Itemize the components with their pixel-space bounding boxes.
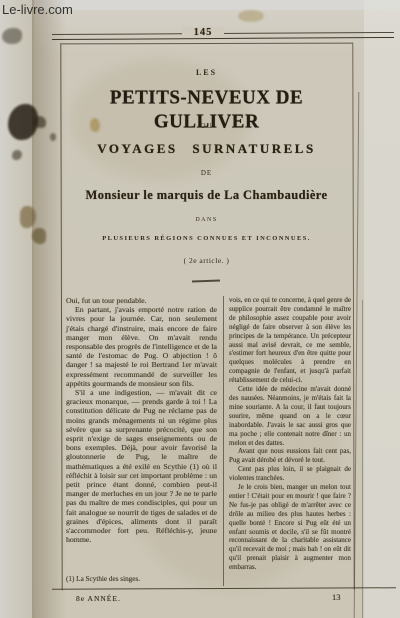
page-edge-line	[362, 300, 363, 618]
body-paragraph: Je le crois bien, manger un melon tout e…	[229, 483, 351, 572]
foxing-spot	[32, 228, 46, 244]
column-divider-rule	[223, 296, 224, 586]
masthead-connector-dans: DANS	[61, 217, 352, 223]
page-edge-highlight	[364, 0, 400, 618]
masthead-subtitle: VOYAGES SURNATURELS	[61, 141, 352, 157]
foxing-spot	[2, 28, 22, 44]
book-spine-margin	[0, 0, 34, 618]
footnote: (1) La Scythie des singes.	[66, 575, 216, 583]
page-number: 145	[182, 27, 224, 38]
body-column-left: Oui, fut un tour pendable. En partant, j…	[66, 296, 217, 544]
body-column-right: vois, en ce qui te concerne, à quel genr…	[229, 296, 351, 572]
masthead-pretitle: LES	[61, 68, 352, 77]
masthead-connector-ou: OU	[61, 122, 352, 130]
foxing-spot	[238, 10, 264, 22]
body-paragraph: En partant, j'avais emporté notre ration…	[66, 305, 217, 388]
body-paragraph: Cette idée de médecine m'avait donné des…	[229, 385, 351, 447]
article-number-note: ( 2e article. )	[61, 256, 352, 265]
scanned-page: Le-livre.com 145 LES PETITS-NEVEUX DE GU…	[0, 0, 400, 618]
masthead-author: Monsieur le marquis de La Chambaudière	[61, 188, 352, 203]
body-paragraph: vois, en ce qui te concerne, à quel genr…	[229, 296, 351, 385]
body-paragraph: S'il a une indigestion, — m'avait dit ce…	[66, 388, 217, 544]
body-paragraph: Cent pas plus loin, il se plaignait de v…	[229, 465, 351, 483]
footer-year-label: 8e ANNÉE.	[76, 594, 121, 603]
foxing-spot	[50, 133, 56, 141]
footer-signature-number: 13	[332, 592, 341, 602]
masthead-connector-de: DE	[61, 169, 352, 177]
body-paragraph: Avant que nous eussions fait cent pas, P…	[229, 447, 351, 465]
watermark-text: Le-livre.com	[2, 2, 73, 17]
foxing-spot	[34, 116, 46, 128]
body-paragraph: Oui, fut un tour pendable.	[66, 296, 217, 305]
masthead-tagline: PLUSIEURS RÉGIONS CONNUES ET INCONNUES.	[61, 235, 352, 242]
